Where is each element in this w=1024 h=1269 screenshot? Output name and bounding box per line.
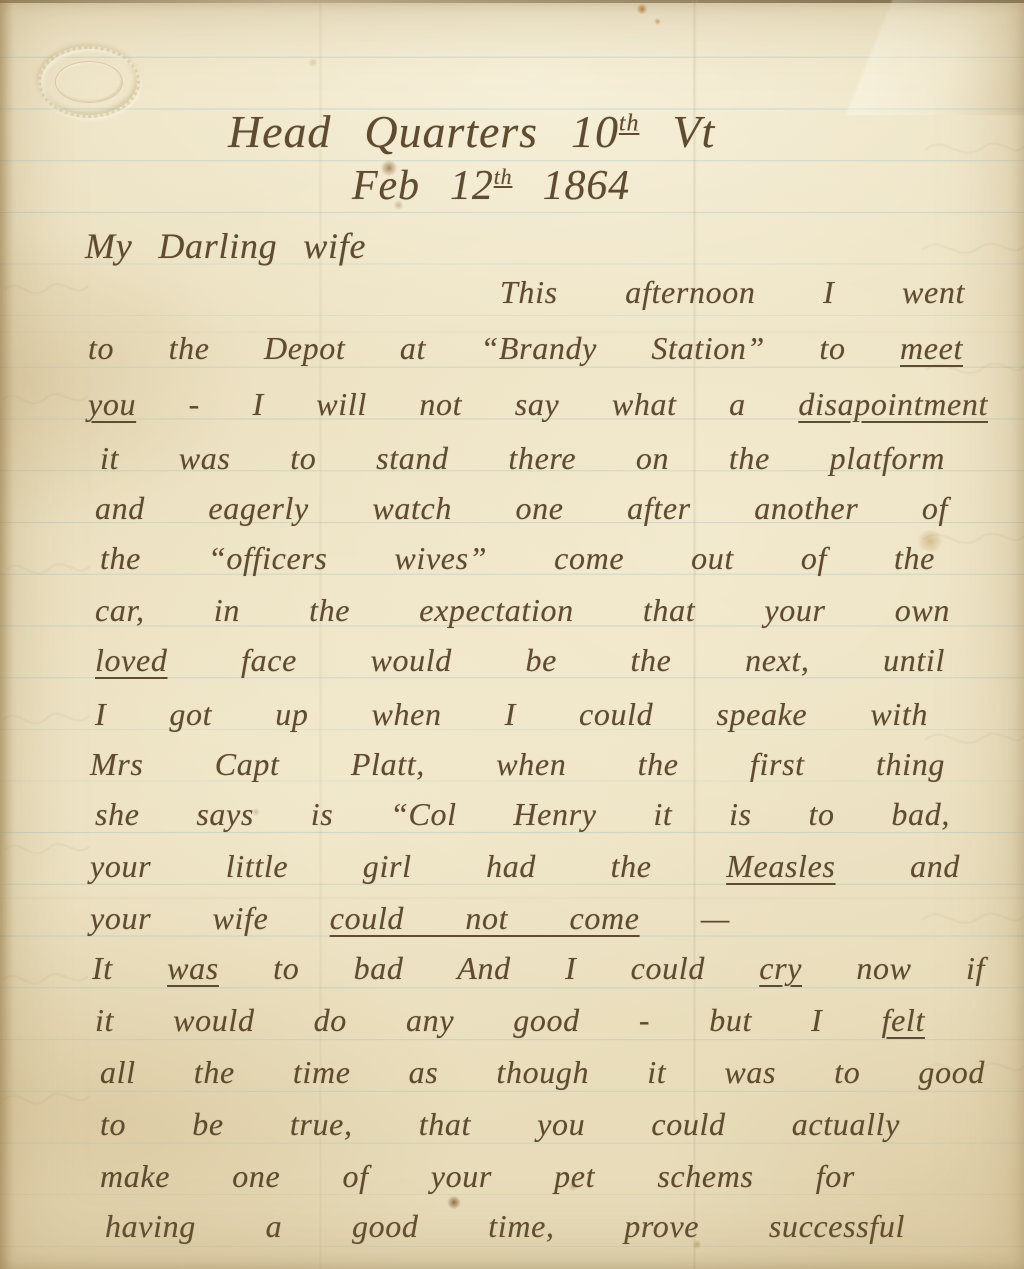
letter-text: to the Depot at “Brandy Station” to — [88, 330, 900, 366]
letter-text: your wife — [90, 900, 330, 936]
letter-text: car, in the expectation that your own — [95, 592, 950, 628]
letter-text: Vt — [639, 106, 715, 157]
letter-line: Head Quarters 10th Vt — [228, 108, 715, 156]
letter-text: she says is “Col Henry it is to bad, — [95, 796, 950, 832]
letter-line: I got up when I could speake with — [95, 698, 928, 732]
letter-line: to the Depot at “Brandy Station” to meet — [88, 332, 963, 366]
letter-line: having a good time, prove successful — [105, 1210, 905, 1244]
letter-line: you - I will not say what a disapointmen… — [88, 388, 988, 422]
underlined-word: Measles — [726, 848, 835, 884]
letter-line: your wife could not come — — [90, 902, 730, 936]
letter-text: now if — [802, 950, 985, 986]
letter-line: car, in the expectation that your own — [95, 594, 950, 628]
letter-text: the “officers wives” come out of the — [100, 540, 935, 576]
letter-line: and eagerly watch one after another of — [95, 492, 948, 526]
letter-text: It — [92, 950, 167, 986]
letter-line: It was to bad And I could cry now if — [92, 952, 985, 986]
underlined-word: disapointment — [798, 386, 988, 422]
underlined-word: felt — [882, 1002, 925, 1038]
letter-line: make one of your pet schems for — [100, 1160, 855, 1194]
underlined-word: was — [167, 950, 219, 986]
letter-text: — — [640, 900, 730, 936]
letter-line: all the time as though it was to good — [100, 1056, 985, 1090]
underlined-word: cry — [759, 950, 802, 986]
letter-text: - I will not say what a — [136, 386, 798, 422]
letter-line: This afternoon I went — [500, 276, 965, 310]
letter-text: to bad And I could — [219, 950, 759, 986]
letter-text: all the time as though it was to good — [100, 1054, 985, 1090]
letter-text: 1864 — [512, 163, 630, 209]
letter-line: to be true, that you could actually — [100, 1108, 900, 1142]
letter-text: your little girl had the — [90, 848, 726, 884]
letter-text: it would do any good - but I — [95, 1002, 882, 1038]
letter-text: make one of your pet schems for — [100, 1158, 855, 1194]
underlined-word: meet — [900, 330, 963, 366]
letter-text: Feb 12 — [352, 163, 494, 209]
letter-line: it would do any good - but I felt — [95, 1004, 925, 1038]
letter-body: Head Quarters 10th VtFeb 12th 1864My Dar… — [0, 0, 1024, 1269]
letter-text: th — [494, 165, 513, 189]
letter-line: she says is “Col Henry it is to bad, — [95, 798, 950, 832]
letter-text: My Darling wife — [85, 226, 366, 266]
letter-text: and eagerly watch one after another of — [95, 490, 948, 526]
letter-text: I got up when I could speake with — [95, 696, 928, 732]
letter-text: th — [619, 111, 639, 137]
underlined-word: you — [88, 386, 136, 422]
letter-line: it was to stand there on the platform — [100, 442, 945, 476]
letter-line: your little girl had the Measles and — [90, 850, 960, 884]
letter-text: This afternoon I went — [500, 274, 965, 310]
letter-text: it was to stand there on the platform — [100, 440, 945, 476]
letter-text: to be true, that you could actually — [100, 1106, 900, 1142]
letter-text: having a good time, prove successful — [105, 1208, 905, 1244]
letter-line: My Darling wife — [85, 228, 366, 266]
letter-line: Mrs Capt Platt, when the first thing — [90, 748, 945, 782]
letter-text: face would be the next, until — [168, 642, 946, 678]
letter-line: Feb 12th 1864 — [352, 164, 630, 208]
underlined-word: loved — [95, 642, 168, 678]
letter-page: Head Quarters 10th VtFeb 12th 1864My Dar… — [0, 0, 1024, 1269]
letter-text: Mrs Capt Platt, when the first thing — [90, 746, 945, 782]
letter-text: and — [836, 848, 960, 884]
letter-line: loved face would be the next, until — [95, 644, 945, 678]
letter-line: the “officers wives” come out of the — [100, 542, 935, 576]
underlined-word: could not come — [330, 900, 640, 936]
letter-text: Head Quarters 10 — [228, 106, 619, 157]
